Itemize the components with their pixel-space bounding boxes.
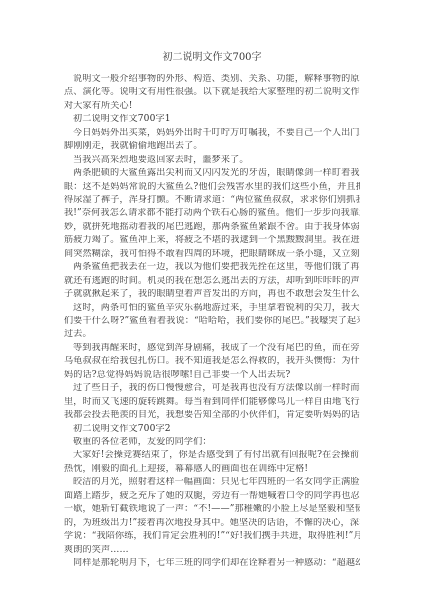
text-line: 等到我再醒来时，感觉到浑身剧痛，我成了一个没有尾巴的鱼，而在旁边把我救出去的 xyxy=(73,343,360,354)
text-line: 过去。 xyxy=(64,329,360,340)
text-line: 过了些日子，我的伤口慢慢愈合，可是我再也没有方法像以前一样时而猛地窜进水草 xyxy=(73,383,360,394)
text-line: 我!”奈何我怎么请求都不能打动两个铁石心肠的鲨鱼。他们一步步向我靠近，我见势不 xyxy=(64,208,360,219)
text-line: 眼：这不是妈妈常说的大鲨鱼么?他们会残害水里的我们这些小鱼，并且把我们吃掉。我吓 xyxy=(64,182,360,193)
document-page: 初二说明文作文700字 说明文一般介绍事物的外形、构造、类别、关系、功能，解释事… xyxy=(0,0,424,600)
text-line: 的，为班级出力!”接着再次地投身其中。她坚决的话语，不懈的决心，深深感染着那位同 xyxy=(64,518,360,529)
text-line: 学说：“我陪你练，我们肯定会胜利的!”“好!我们携手共进，取得胜利!”月光下传出… xyxy=(64,531,360,542)
text-line: 当我兴高采烈地要返回家去时，噩梦来了。 xyxy=(73,155,360,166)
text-line: 说明文一般介绍事物的外形、构造、类别、关系、功能，解释事物的原理、含义、特 xyxy=(73,74,360,85)
text-line: 爽朗的笑声…… xyxy=(64,545,360,556)
text-line: 一歇，她斩钉截铁地说了一声：“不!——”那稚嫩的小脸上尽是坚毅和坚韧，“我肯定会… xyxy=(64,504,360,515)
text-line: 热忱，刚毅的面孔上迎接，幕幕感人的画面也在训练中定格! xyxy=(64,464,360,475)
text-line: 里，时而又飞速的旋转跳舞。每当看到同伴们能够像鸟儿一样自由地飞行在水中的时候， xyxy=(64,397,360,408)
text-line: 筋疲力竭了。鲨鱼冲上来，将疲乏不堪的我逮到一个黑黢黢洞里。我在进入黑洞的那一瞬 xyxy=(64,235,360,246)
text-line: 大家好!会操竞赛结束了，你是否感受到了有付出就有回报呢?在会操前同学们以饱满的 xyxy=(73,450,360,461)
text-line: 敬重的各位老师，友爱的同学们： xyxy=(73,437,360,448)
section-heading: 初二说明文作文700字2 xyxy=(73,424,360,435)
text-line: 得尿湿了裤子，浑身打颤。不断请求道：“两位鲨鱼叔叔，求求你们别抓我，求求你们别吃 xyxy=(64,195,360,206)
text-line: 面踏上踏步，疲乏充斥了她的双腿，旁边有一帮她喊着口令的同学再也忍不住了，劝她歇 xyxy=(64,491,360,502)
text-line: 点、演化等。说明文有用性很强。以下就是我给大家整理的初二说明文作文700字，盼望 xyxy=(64,87,360,98)
text-line: 同样是那轮明月下，七年三班的同学们却在诠释着另一种感动：“超越幻想，自信飞扬， xyxy=(73,558,360,569)
text-line: 间突然糊涂，我可怕得不敢看四周的环境，把眼睛眯成一条小缝，又立刻把眼睛闭上。 xyxy=(64,249,360,260)
document-title: 初二说明文作文700字 xyxy=(0,52,424,64)
text-line: 这时，两条可怕的鲨鱼辛灾乐祸地游过来，手里拿着锐利的尖刀，我大声喊：“叔叔，你 xyxy=(73,303,360,314)
section-heading: 初二说明文作文700字1 xyxy=(73,114,360,125)
text-line: 就还有逃跑的时间。机灵的我在想怎么逃出去的方法，却听到咔咔咔的声音，我的心一下 xyxy=(64,276,360,287)
text-line: 今日妈妈外出买菜，妈妈外出时千叮咛万叮嘱我，不要自己一个人出门。可是，妈妈前 xyxy=(73,128,360,139)
text-line: 妈的话?总觉得妈妈说话很啰嗦!自己非要一个人出去玩? xyxy=(64,370,360,381)
text-line: 两条鲨鱼把我丢在一边，我以为他们要把我先拴在这里，等他们饿了再来吃我，那么我 xyxy=(73,262,360,273)
text-line: 乌龟叔叔在给我包扎伤口。我不知道我是怎么得救的，我开头懊悔：为什么当时没有听妈 xyxy=(64,356,360,367)
text-line: 们要干什么呀?”鲨鱼看着我说：“哈哈哈，我们要你的尾巴。”我嚎哭了起来，一下子吓… xyxy=(64,316,360,327)
text-line: 妙，就拼死地摇动着我的尾巴逃跑，那两条鲨鱼紧跟不舍。由于我身体弱小，游了一会就 xyxy=(64,222,360,233)
text-line: 我都会投去艳羡的目光，我想要告知全部的小伙伴们，肯定要听妈妈的话! xyxy=(64,410,360,421)
text-line: 子就就揪起来了，我的眼睛望着声音发出的方向，再也不敢想会发生什么。 xyxy=(64,289,360,300)
text-line: 皎洁的月光，照射着这样一幅画面：只见七年四班的一名女同学正满脸汗水地在花坛前 xyxy=(73,477,360,488)
text-line: 对大家有所关心! xyxy=(64,101,360,112)
text-line: 脚刚刚走，我就偷偷地跑出去了。 xyxy=(64,141,360,152)
text-line: 两条肥硕的大鲨鱼露出尖利而又闪闪发光的牙齿，眼睛像剑一样盯着我。我立刻傻了 xyxy=(73,168,360,179)
